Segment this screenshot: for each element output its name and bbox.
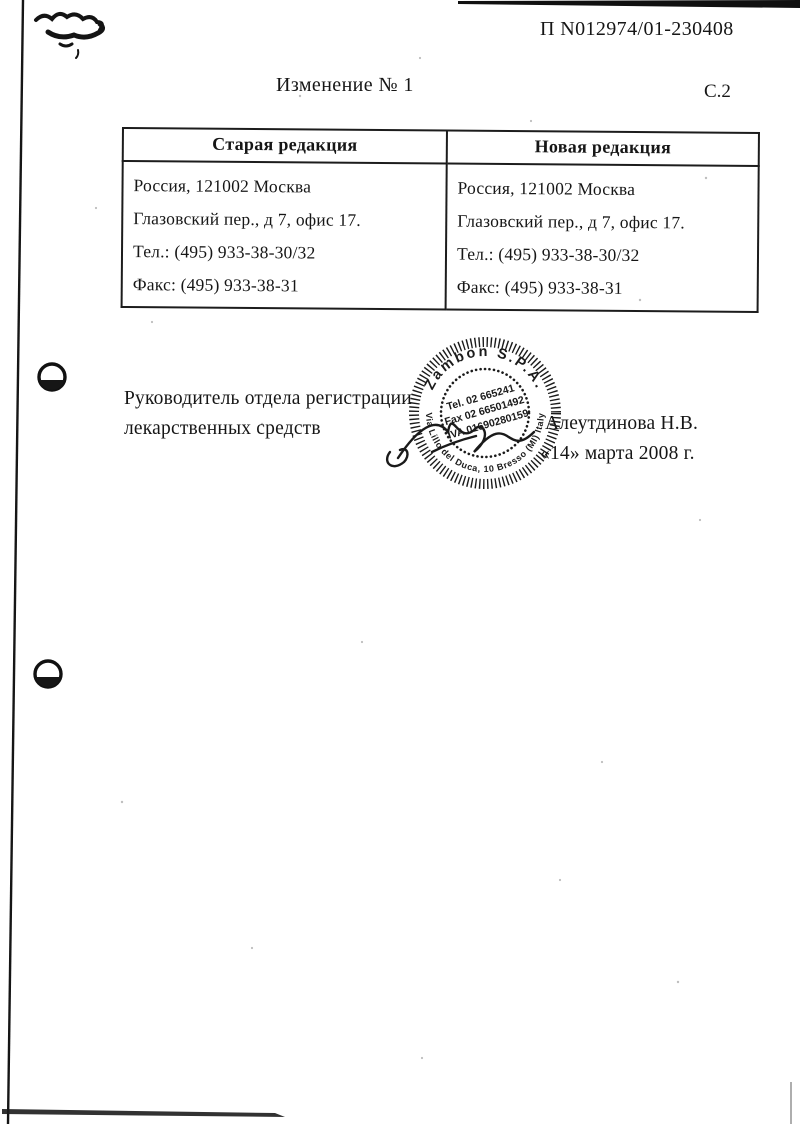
document-page: П N012974/01-230408 Изменение № 1 С.2 Ст…: [0, 0, 800, 1124]
new-fax-line: Факс: (495) 933-38-31: [457, 272, 751, 307]
registration-number: П N012974/01-230408: [540, 18, 760, 41]
old-edition-cell: Россия, 121002 Москва Глазовский пер., д…: [122, 161, 447, 310]
new-phone-line: Тел.: (495) 933-38-30/32: [457, 239, 751, 274]
column-header-new: Новая редакция: [447, 131, 759, 166]
old-address-line: Россия, 121002 Москва: [133, 170, 439, 205]
table-header-row: Старая редакция Новая редакция: [123, 128, 759, 166]
signatory-title-line1: Руководитель отдела регистрации: [124, 384, 412, 414]
column-header-old: Старая редакция: [123, 128, 447, 164]
document-title: Изменение № 1: [276, 74, 414, 97]
hole-punch-bottom: [35, 661, 61, 687]
hole-punch-top: [39, 364, 65, 390]
signatory-title-line2: лекарственных средств: [124, 414, 412, 444]
page-number: С.2: [704, 81, 731, 103]
new-address-line: Россия, 121002 Москва: [457, 173, 751, 208]
old-address-line: Глазовский пер., д 7, офис 17.: [133, 203, 439, 238]
new-edition-cell: Россия, 121002 Москва Глазовский пер., д…: [446, 164, 759, 312]
ink-smudge: [36, 14, 103, 58]
signatory-title: Руководитель отдела регистрации лекарств…: [124, 384, 412, 444]
old-fax-line: Факс: (495) 933-38-31: [133, 269, 439, 304]
old-phone-line: Тел.: (495) 933-38-30/32: [133, 236, 439, 271]
scan-artifact-left-line: [8, 0, 23, 1124]
company-stamp: Zambon S.P.A. Via Lillo del Duca, 10 Bre…: [400, 328, 570, 498]
revision-table: Старая редакция Новая редакция Россия, 1…: [121, 127, 760, 313]
table-body-row: Россия, 121002 Москва Глазовский пер., д…: [122, 161, 759, 312]
scan-artifact-bottom-line: [2, 1109, 285, 1117]
scan-artifact-top-bar: [458, 0, 800, 8]
new-address-line: Глазовский пер., д 7, офис 17.: [457, 206, 751, 241]
